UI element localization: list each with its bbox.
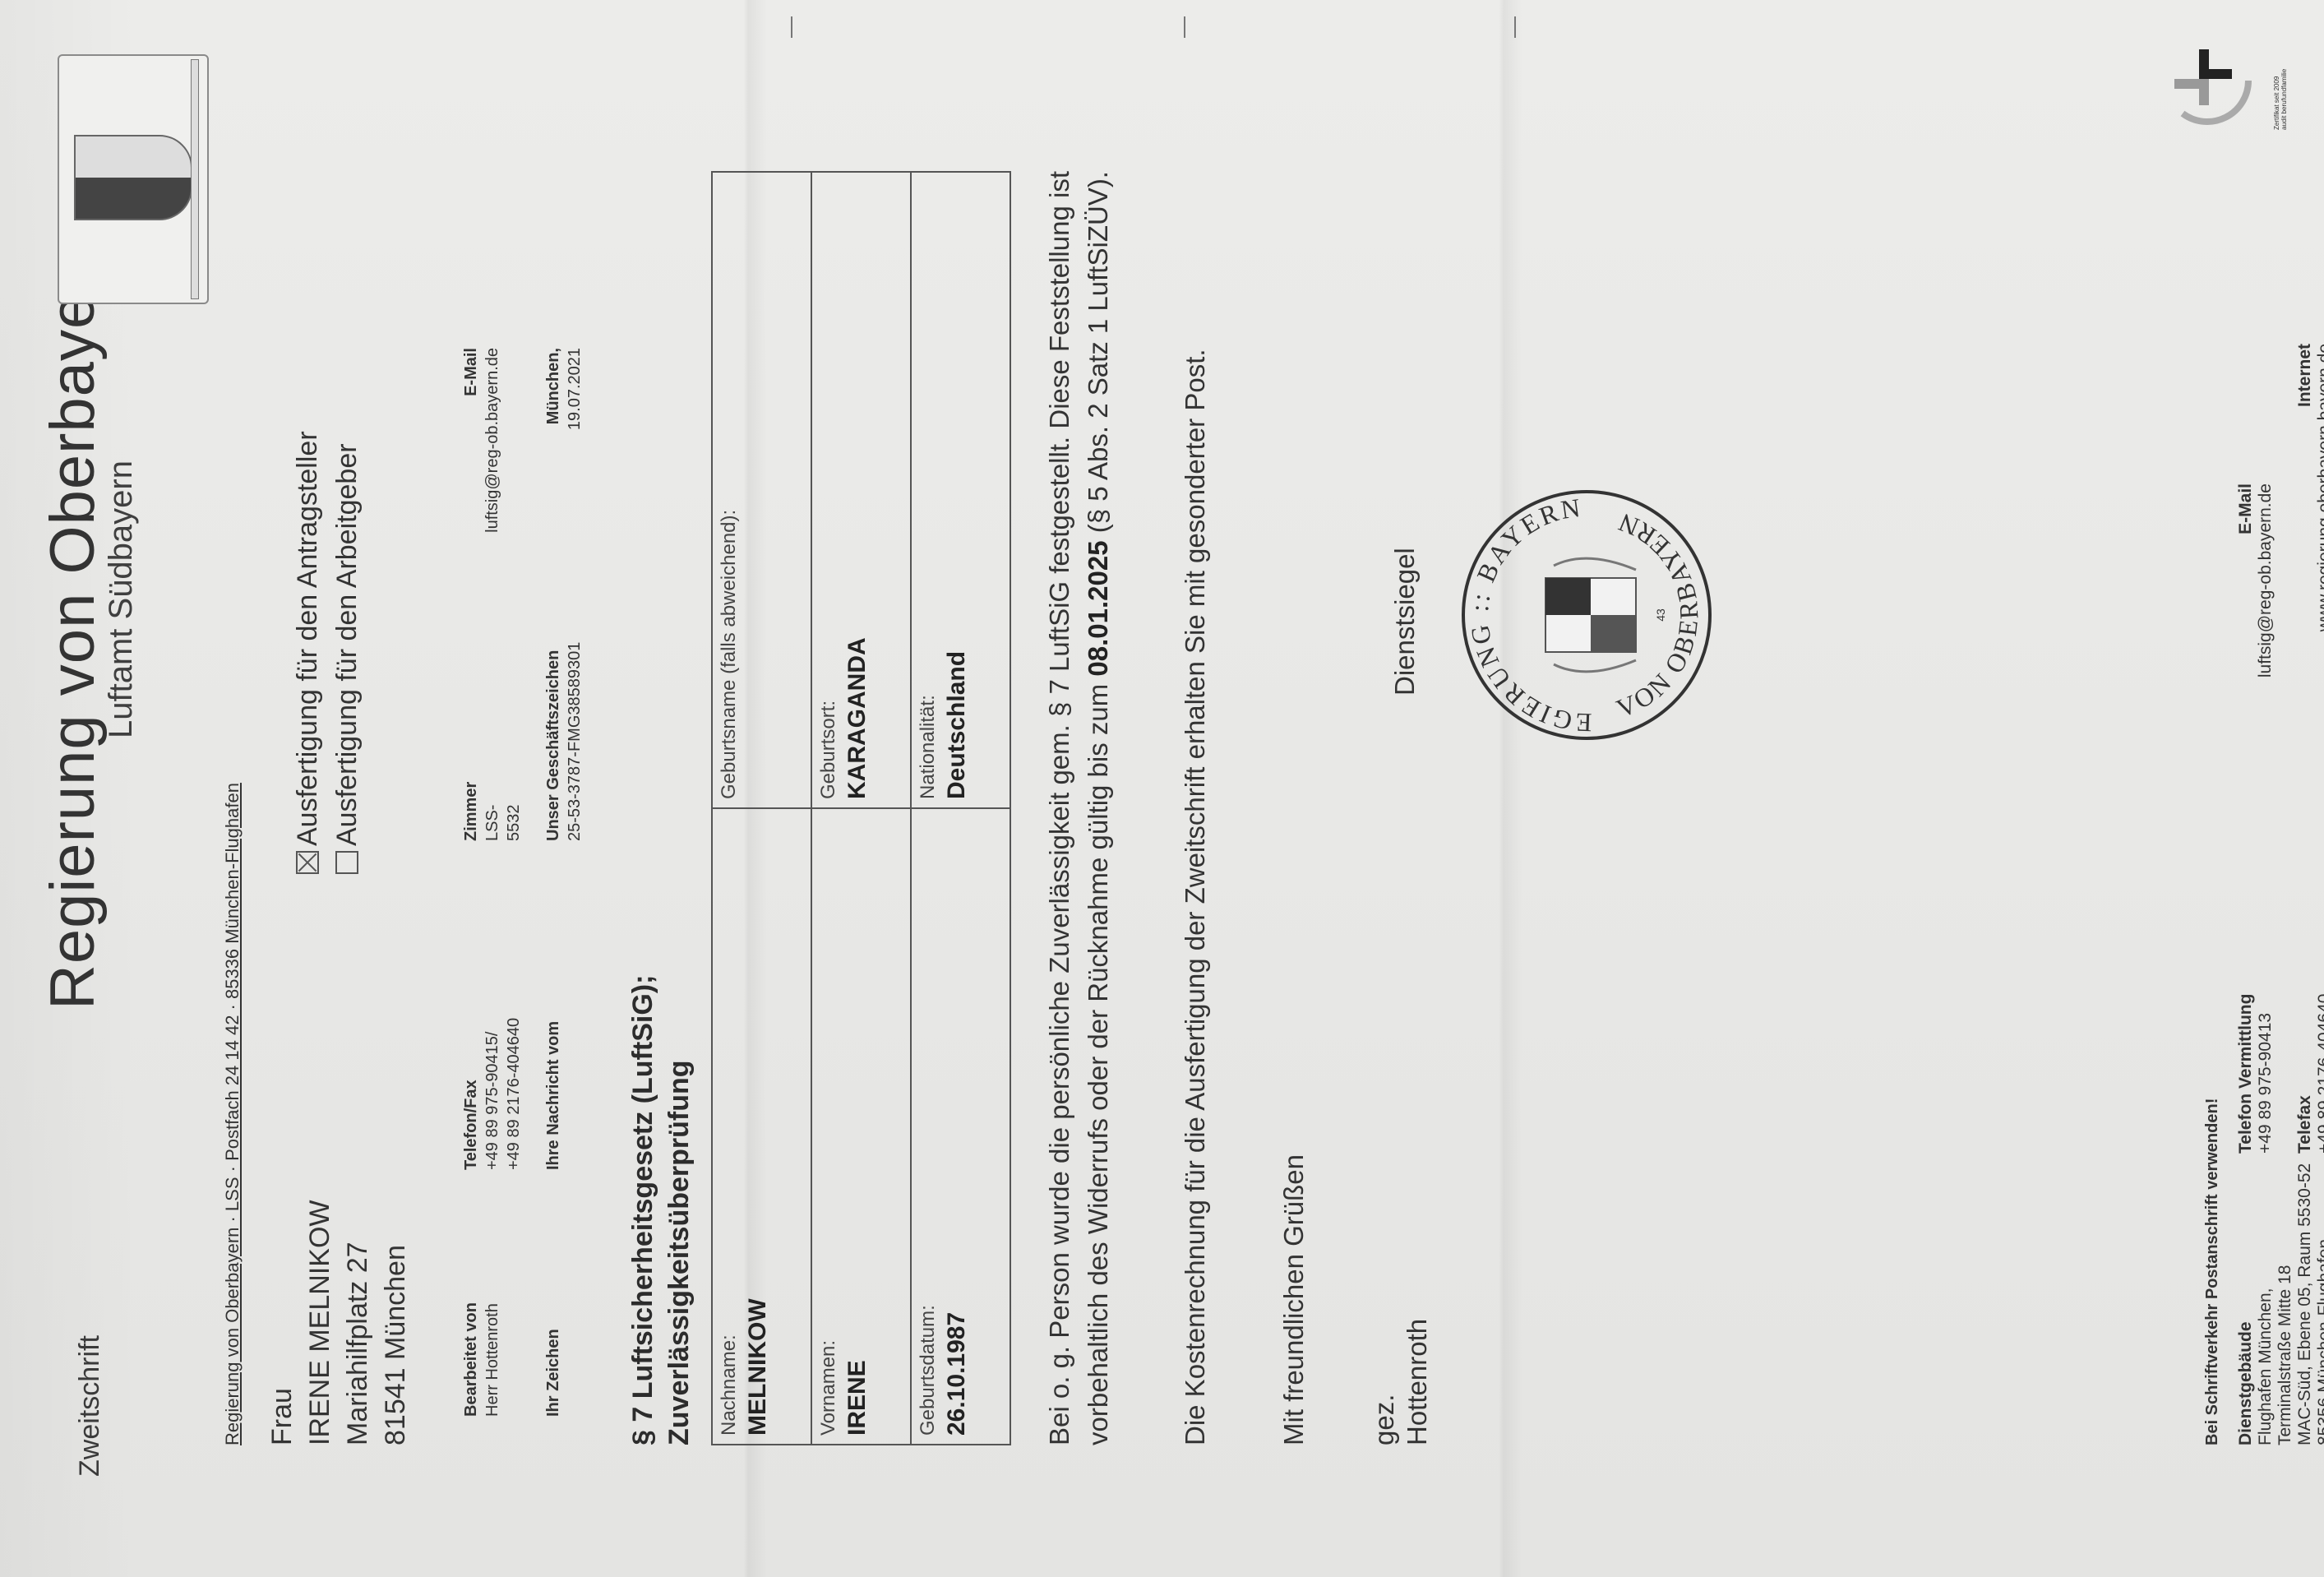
- your-reference: Ihr Zeichen: [543, 1329, 564, 1417]
- your-message-date: Ihre Nachricht vom: [543, 1021, 564, 1170]
- copy-option-applicant: Ausfertigung für den Antragsteller: [288, 431, 327, 874]
- birthdate-label: Geburtsdatum:: [917, 817, 940, 1436]
- recipient-street: Mariahilfplatz 27: [339, 1200, 377, 1445]
- org-unit: Luftamt Südbayern: [103, 460, 140, 738]
- checkbox-checked-icon: [296, 851, 319, 874]
- signer-name: Hottenroth: [1402, 1319, 1433, 1445]
- copy-option-employer: Ausfertigung für den Arbeitgeber: [327, 431, 367, 874]
- switchboard-label: Telefon Vermittlung: [2236, 994, 2256, 1154]
- pole-decoration: [191, 59, 199, 299]
- our-reference-label: Unser Geschäftszeichen: [543, 642, 564, 841]
- body-paragraph: Bei o. g. Person wurde die persönliche Z…: [1040, 171, 1117, 1445]
- footer-telefax: Telefax +49 89 2176-404640: [2295, 994, 2324, 1154]
- room-value-line2: 5532: [503, 782, 524, 841]
- valid-until-date: 08.01.2025: [1083, 540, 1113, 676]
- email: E-Mail luftsig@reg-ob.bayern.de: [460, 348, 503, 586]
- our-reference-value: 25-53-3787-FMG38589301: [564, 642, 585, 841]
- birthplace-label: Geburtsort:: [817, 181, 840, 799]
- footer-building: Dienstgebäude Flughafen München, Termina…: [2236, 1163, 2324, 1445]
- svg-text:43: 43: [1654, 608, 1667, 622]
- copy-marker: Zweitschrift: [74, 1335, 106, 1477]
- copy-option-label: Ausfertigung für den Antragsteller: [288, 431, 327, 846]
- cell-birth-name: Geburtsname (falls abweichend):: [712, 172, 811, 808]
- letter-page: Zweitschrift Regierung von Oberbayern Lu…: [0, 0, 2324, 1577]
- cell-birthplace: Geburtsort: KARAGANDA: [811, 172, 911, 808]
- telefax-label: Telefax: [2295, 994, 2315, 1154]
- official-seal-icon: REGIERUNG :: BAYERN :: VON OBERBAYERN 43: [1455, 483, 1718, 747]
- phone-fax-label: Telefon/Fax: [460, 1018, 482, 1170]
- copy-option-label: Ausfertigung für den Arbeitgeber: [327, 443, 367, 846]
- processed-by: Bearbeitet von Herr Hottenroth: [460, 1302, 503, 1417]
- phone-fax: Telefon/Fax +49 89 975-90415/ +49 89 217…: [460, 1018, 524, 1170]
- fax-value: +49 89 2176-404640: [503, 1018, 524, 1170]
- cert-line-2: audit berufundfamilie: [2280, 69, 2288, 130]
- body-text-part2: (§ 5 Abs. 2 Satz 1 LuftSiZÜV).: [1083, 171, 1113, 540]
- certificate-logo-icon: [2150, 31, 2257, 130]
- return-address: Regierung von Oberbayern · LSS · Postfac…: [222, 783, 243, 1445]
- processed-by-label: Bearbeitet von: [460, 1302, 482, 1417]
- building-line: Flughafen München,: [2256, 1163, 2275, 1445]
- cell-birthdate: Geburtsdatum: 26.10.1987: [911, 808, 1010, 1445]
- surname-label: Nachname:: [718, 817, 741, 1436]
- building-line: MAC-Süd, Ebene 05, Raum 5530-52: [2295, 1163, 2315, 1445]
- document-photo: Zweitschrift Regierung von Oberbayern Lu…: [0, 0, 2324, 1577]
- processed-by-value: Herr Hottenroth: [482, 1302, 503, 1417]
- shield-icon: [74, 135, 192, 220]
- cell-given-names: Vornamen: IRENE: [811, 808, 911, 1445]
- your-message-label: Ihre Nachricht vom: [543, 1021, 564, 1170]
- person-details-table: Nachname: MELNIKOW Geburtsname (falls ab…: [711, 171, 1011, 1445]
- your-reference-label: Ihr Zeichen: [543, 1329, 564, 1417]
- email-label: E-Mail: [460, 348, 482, 586]
- signed-prefix: gez.: [1369, 1394, 1400, 1445]
- room: Zimmer LSS- 5532: [460, 782, 524, 841]
- footer-switchboard: Telefon Vermittlung +49 89 975-90413: [2236, 994, 2275, 1154]
- birthplace-value: KARAGANDA: [843, 181, 871, 799]
- certificate-text: Zertifikat seit 2009 audit berufundfamil…: [2273, 69, 2288, 130]
- subject: § 7 Luftsicherheitsgesetz (LuftSiG); Zuv…: [625, 975, 697, 1445]
- seal-label: Dienstsiegel: [1389, 548, 1421, 696]
- switchboard-value: +49 89 975-90413: [2256, 994, 2275, 1154]
- subject-line-1: § 7 Luftsicherheitsgesetz (LuftSiG);: [625, 975, 661, 1445]
- room-label: Zimmer: [460, 782, 482, 841]
- building-line: Terminalstraße Mitte 18: [2275, 1163, 2295, 1445]
- recipient-address: Frau IRENE MELNIKOW Mariahilfplatz 27 81…: [263, 1200, 414, 1445]
- telefax-value: +49 89 2176-404640: [2315, 994, 2324, 1154]
- cell-surname: Nachname: MELNIKOW: [712, 808, 811, 1445]
- recipient-salutation: Frau: [263, 1200, 301, 1445]
- footer-note: Bei Schriftverkehr Postanschrift verwend…: [2203, 1098, 2222, 1445]
- building-line: 85356 München-Flughafen: [2315, 1163, 2324, 1445]
- copy-type-options: Ausfertigung für den Antragsteller Ausfe…: [288, 431, 367, 874]
- letter-date: 19.07.2021: [564, 348, 585, 586]
- recipient-name: IRENE MELNIKOW: [301, 1200, 339, 1445]
- building-label: Dienstgebäude: [2236, 1163, 2256, 1445]
- nationality-label: Nationalität:: [917, 181, 940, 799]
- place-date: München, 19.07.2021: [543, 348, 585, 586]
- given-names-label: Vornamen:: [817, 817, 840, 1436]
- surname-value: MELNIKOW: [744, 817, 772, 1436]
- recipient-city: 81541 München: [377, 1200, 414, 1445]
- phone-value: +49 89 975-90415/: [482, 1018, 503, 1170]
- cert-line-1: Zertifikat seit 2009: [2273, 69, 2280, 130]
- cost-note: Die Kostenrechnung für die Ausfertigung …: [1176, 171, 1214, 1445]
- birth-name-label: Geburtsname (falls abweichend):: [718, 181, 741, 799]
- closing-greeting: Mit freundlichen Grüßen: [1278, 1154, 1310, 1445]
- our-reference: Unser Geschäftszeichen 25-53-3787-FMG385…: [543, 642, 585, 841]
- checkbox-empty-icon: [335, 851, 358, 874]
- bavarian-coat-of-arms-icon: [58, 54, 209, 304]
- given-names-value: IRENE: [843, 817, 871, 1436]
- room-value-line1: LSS-: [482, 782, 503, 841]
- cell-nationality: Nationalität: Deutschland: [911, 172, 1010, 808]
- subject-line-2: Zuverlässigkeitsüberprüfung: [661, 975, 697, 1445]
- org-name: Regierung von Oberbayern: [37, 236, 109, 1010]
- nationality-value: Deutschland: [943, 181, 971, 799]
- birthdate-value: 26.10.1987: [943, 817, 971, 1436]
- email-value[interactable]: luftsig@reg-ob.bayern.de: [482, 348, 503, 586]
- place: München,: [543, 348, 564, 586]
